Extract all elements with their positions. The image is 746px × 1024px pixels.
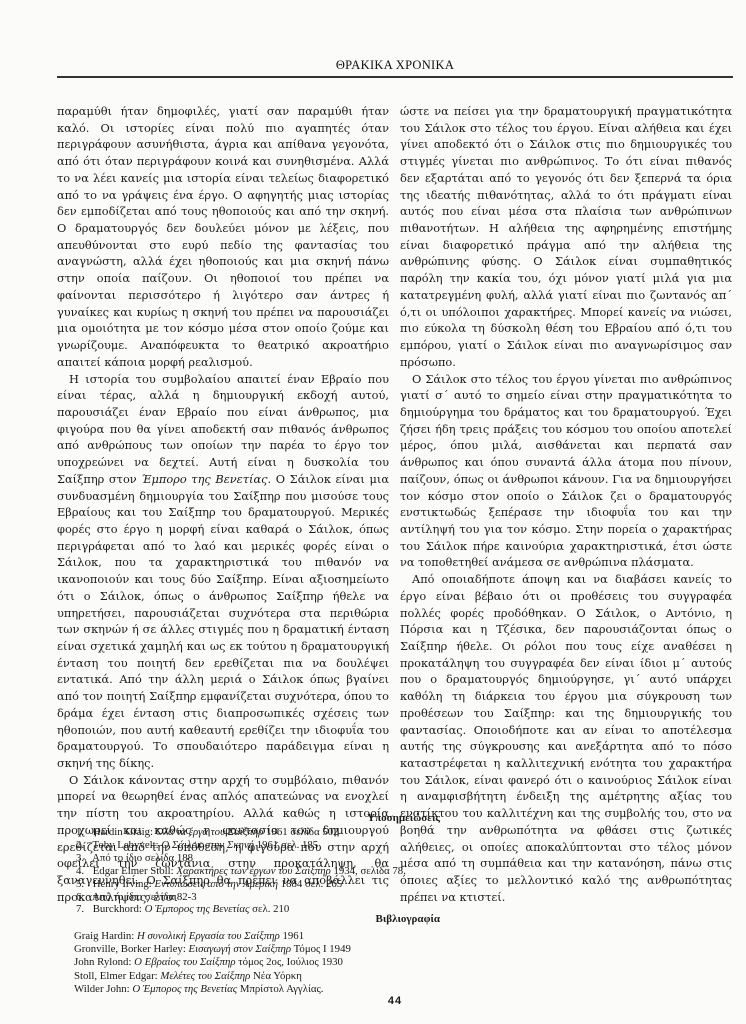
bibliography-item: Graig Hardin: Η συνολική Εργασία του Σαί…	[74, 930, 574, 943]
footnote-author: Toby Lebyvelt:	[93, 839, 162, 851]
footnote-number: 7.	[76, 903, 90, 916]
bib-details: τόμος 2ος, Ιούλιος 1930	[236, 956, 343, 968]
footnote-item: 4. Edgar Elmer Stoll: Χαρακτήρες των έργ…	[76, 865, 576, 878]
article-column-left: παραμύθι ήταν δημοφιλές, γιατί σαν παραμ…	[57, 103, 389, 906]
footnote-number: 3.	[76, 852, 90, 865]
footnote-author: Edgar Elmer Stoll:	[93, 865, 177, 877]
footnote-item: 2. Toby Lebyvelt: Ο Σάιλοκ στην Σκηνή 19…	[76, 839, 576, 852]
bib-title: Ο Έμπορος της Βενετίας	[132, 983, 237, 995]
footnote-number: 2.	[76, 839, 90, 852]
bibliography-item: Gronville, Borker Harley: Εισαγωγή στον …	[74, 943, 574, 956]
footnote-author: Hardin Graig:	[93, 826, 156, 838]
footnote-item: 7. Burckhord: Ο Έμπορος της Βενετίας σελ…	[76, 903, 576, 916]
article-column-right: ώστε να πείσει για την δραματουργική πρα…	[400, 103, 732, 906]
bib-title: Μελέτες του Σαίξπηρ	[160, 970, 250, 982]
footnote-number: 1.	[76, 826, 90, 839]
paragraph: Η ιστορία του συμβολαίου απαιτεί έναν Εβ…	[57, 371, 389, 772]
bib-author: Graig Hardin:	[74, 930, 137, 942]
footnote-title: Ο Σάιλοκ στην Σκηνή	[161, 839, 254, 851]
bibliography-list: Graig Hardin: Η συνολική Εργασία του Σαί…	[74, 930, 574, 996]
footnote-item: 6. Από το ίδιο σελίδα 82-3	[76, 891, 576, 904]
bibliography-item: Wilder John: Ο Έμπορος της Βενετίας Μπρί…	[74, 983, 574, 996]
bib-author: Stoll, Elmer Edgar:	[74, 970, 160, 982]
footnote-details: σελ. 210	[249, 903, 289, 915]
footnote-title: Ο Έμπορος της Βενετίας	[145, 903, 250, 915]
bibliography-heading: Βιβλιογραφία	[330, 913, 440, 925]
footnote-item: 5. Henry Irving: Εντυπώσεις από την Αμερ…	[76, 878, 576, 891]
footnote-author: Henry Irving:	[93, 878, 155, 890]
bib-author: Wilder John:	[74, 983, 132, 995]
page-number: 44	[380, 995, 410, 1007]
footnote-details: 1884 σελ. 265	[278, 878, 342, 890]
bib-author: Gronville, Borker Harley:	[74, 943, 189, 955]
italic-title: Έμπορο της Βενετίας	[141, 472, 267, 486]
bib-title: Εισαγωγή στον Σαίξπηρ	[189, 943, 292, 955]
bib-title: Ο Εβραίος του Σαίξπηρ	[134, 956, 235, 968]
paragraph: ώστε να πείσει για την δραματουργική πρα…	[400, 103, 732, 371]
footnote-details: 1961 σελ. 185	[254, 839, 318, 851]
header-rule	[57, 76, 733, 78]
footnote-item: 1. Hardin Graig: Όλα τα έργα του Σαίξπηρ…	[76, 826, 576, 839]
paragraph-text: Η ιστορία του συμβολαίου απαιτεί έναν Εβ…	[57, 372, 389, 486]
running-header: ΘΡΑΚΙΚΑ ΧΡΟΝΙΚΑ	[57, 58, 733, 73]
bib-details: Μπρίστολ Αγγλίας.	[237, 983, 323, 995]
footnote-item: 3. Από το ίδιο σελίδα 188	[76, 852, 576, 865]
bibliography-item: Stoll, Elmer Edgar: Μελέτες του Σαίξπηρ …	[74, 970, 574, 983]
bib-details: Τόμος Ι 1949	[291, 943, 351, 955]
paragraph: Ο Σάιλοκ στο τέλος του έργου γίνεται πιο…	[400, 371, 732, 572]
footnote-author: Burckhord:	[93, 903, 145, 915]
footnotes-heading: Υποσημειώσεις	[330, 812, 440, 824]
bibliography-item: John Rylond: Ο Εβραίος του Σαίξπηρ τόμος…	[74, 956, 574, 969]
footnote-number: 6.	[76, 891, 90, 904]
bib-author: John Rylond:	[74, 956, 134, 968]
paragraph: παραμύθι ήταν δημοφιλές, γιατί σαν παραμ…	[57, 103, 389, 371]
footnote-details: 1961 σελίδα 502	[263, 826, 338, 838]
footnotes-list: 1. Hardin Graig: Όλα τα έργα του Σαίξπηρ…	[76, 826, 576, 916]
bib-details: Νέα Υόρκη	[250, 970, 302, 982]
footnote-number: 4.	[76, 865, 90, 878]
bib-details: 1961	[280, 930, 304, 942]
footnote-author: Από το ίδιο σελίδα 188	[92, 852, 193, 864]
footnote-details: 1934, σελίδα 78.	[331, 865, 406, 877]
footnote-author: Από το ίδιο σελίδα 82-3	[92, 891, 197, 903]
footnote-title: Όλα τα έργα του Σαίξπηρ	[156, 826, 264, 838]
footnote-title: Χαρακτήρες των έργων του Σαίξπηρ	[176, 865, 330, 877]
paragraph-text: . Ο Σάιλοκ είναι μια συνδυασμένη δημιουρ…	[57, 472, 389, 770]
footnote-title: Εντυπώσεις από την Αμερική	[154, 878, 278, 890]
footnote-number: 5.	[76, 878, 90, 891]
bib-title: Η συνολική Εργασία του Σαίξπηρ	[137, 930, 280, 942]
